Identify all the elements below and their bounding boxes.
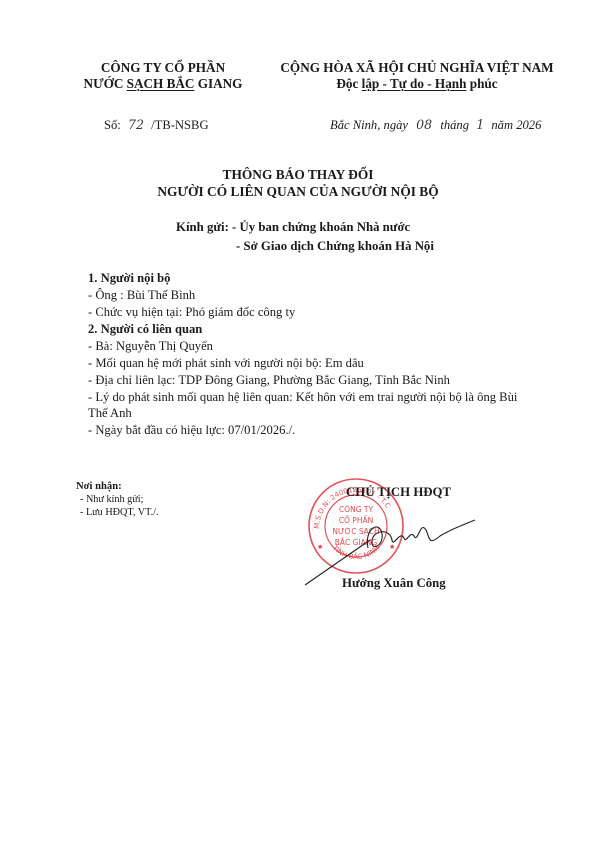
reference-number: Số: 72 /TB-NSBG (104, 117, 209, 133)
signatory-name: Hướng Xuân Công (342, 576, 446, 591)
handwritten-number: 72 (128, 117, 144, 132)
relationship-reason: - Lý do phát sinh mối quan hệ liên quan:… (88, 389, 517, 406)
date-line: Bắc Ninh, ngày 08 tháng 1 năm 2026 (330, 117, 541, 133)
section2-heading: 2. Người có liên quan (88, 321, 202, 338)
relationship: - Mối quan hệ mới phát sinh với người nộ… (88, 355, 364, 372)
section1-heading: 1. Người nội bộ (88, 270, 170, 287)
distribution-list: Nơi nhận: - Như kính gửi; - Lưu HĐQT, VT… (76, 480, 159, 519)
national-title: CỘNG HÒA XÃ HỘI CHỦ NGHĨA VIỆT NAM (252, 60, 582, 76)
national-motto: CỘNG HÒA XÃ HỘI CHỦ NGHĨA VIỆT NAM Độc l… (252, 60, 582, 92)
insider-name: - Ông : Bùi Thế Bình (88, 287, 195, 304)
handwritten-day: 08 (416, 117, 432, 132)
contact-address: - Địa chỉ liên lạc: TDP Đông Giang, Phườ… (88, 372, 450, 389)
motto: Độc lập - Tự do - Hạnh phúc (252, 76, 582, 92)
signatory-title: CHỦ TỊCH HĐQT (346, 485, 451, 500)
insider-position: - Chức vụ hiện tại: Phó giám đốc công ty (88, 304, 295, 321)
related-person-name: - Bà: Nguyễn Thị Quyển (88, 338, 213, 355)
company-name: CÔNG TY CỔ PHẦN NƯỚC SẠCH BẮC GIANG (66, 60, 260, 92)
effective-date: - Ngày bắt đầu có hiệu lực: 07/01/2026./… (88, 422, 295, 439)
company-name-line1: CÔNG TY CỔ PHẦN (66, 60, 260, 76)
document-title: THÔNG BÁO THAY ĐỔI NGƯỜI CÓ LIÊN QUAN CỦ… (100, 167, 496, 200)
company-name-line2: NƯỚC SẠCH BẮC GIANG (66, 76, 260, 92)
relationship-reason-cont: Thế Anh (88, 405, 132, 422)
handwritten-month: 1 (476, 117, 484, 132)
recipients: Kính gửi: - Ủy ban chứng khoán Nhà nước … (176, 218, 434, 256)
